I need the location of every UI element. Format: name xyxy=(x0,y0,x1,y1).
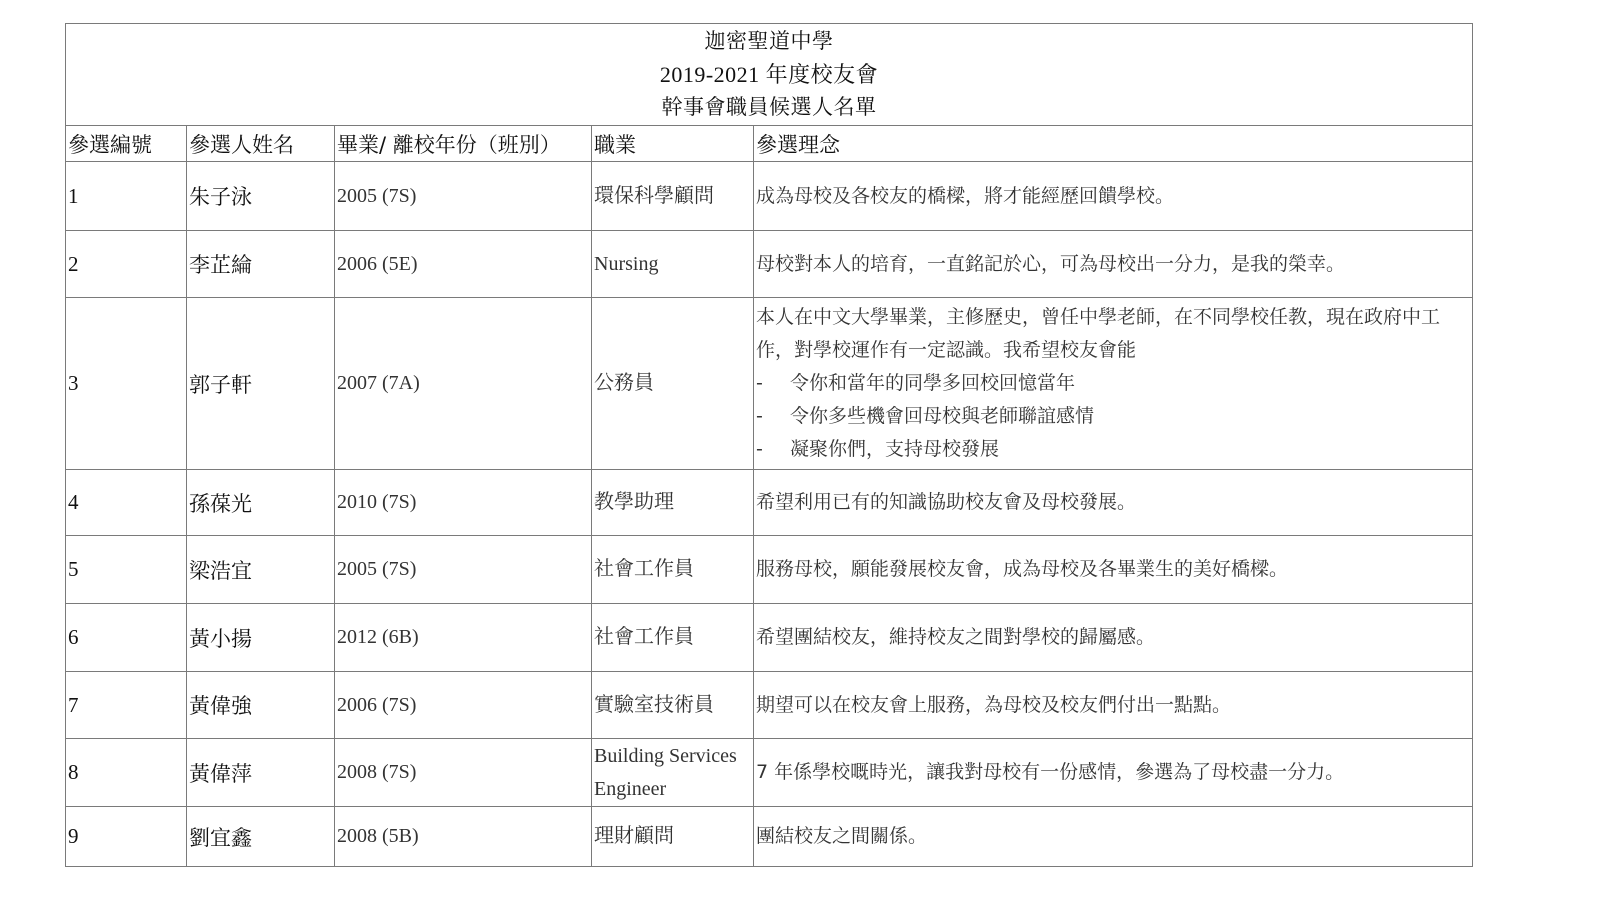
candidate-name: 黃小揚 xyxy=(187,604,335,672)
candidate-occupation: 實驗室技術員 xyxy=(592,672,754,739)
document-title: 迦密聖道中學 2019-2021 年度校友會 幹事會職員候選人名單 xyxy=(66,24,1473,126)
candidate-name: 李芷綸 xyxy=(187,231,335,298)
candidate-number: 9 xyxy=(66,807,187,867)
candidate-occupation: 社會工作員 xyxy=(592,536,754,604)
candidate-vision: 團結校友之間關係。 xyxy=(754,807,1473,867)
candidate-vision: 母校對本人的培育，一直銘記於心，可為母校出一分力，是我的榮幸。 xyxy=(754,231,1473,298)
candidate-vision: 希望利用已有的知識協助校友會及母校發展。 xyxy=(754,470,1473,536)
candidate-vision: 服務母校，願能發展校友會，成為母校及各畢業生的美好橋樑。 xyxy=(754,536,1473,604)
candidate-vision: 本人在中文大學畢業，主修歷史，曾任中學老師，在不同學校任教，現在政府中工作，對學… xyxy=(754,298,1473,470)
candidate-year-class: 2006 (7S) xyxy=(335,672,592,739)
list-subtitle: 幹事會職員候選人名單 xyxy=(68,91,1470,124)
candidate-year-class: 2007 (7A) xyxy=(335,298,592,470)
bullet-text: 凝聚你們，支持母校發展 xyxy=(790,438,999,460)
candidate-name: 劉宜鑫 xyxy=(187,807,335,867)
bullet-marker: - xyxy=(756,400,790,433)
school-name: 迦密聖道中學 xyxy=(68,25,1470,58)
table-row: 2 李芷綸 2006 (5E) Nursing 母校對本人的培育，一直銘記於心，… xyxy=(66,231,1473,298)
candidate-number: 1 xyxy=(66,162,187,231)
column-header-vision: 參選理念 xyxy=(754,126,1473,162)
candidate-number: 2 xyxy=(66,231,187,298)
candidate-year-class: 2005 (7S) xyxy=(335,162,592,231)
candidate-number: 7 xyxy=(66,672,187,739)
candidate-number: 6 xyxy=(66,604,187,672)
table-row: 5 梁浩宜 2005 (7S) 社會工作員 服務母校，願能發展校友會，成為母校及… xyxy=(66,536,1473,604)
column-header-number: 參選編號 xyxy=(66,126,187,162)
bullet-marker: - xyxy=(756,367,790,400)
vision-bullet: -令你和當年的同學多回校回憶當年 xyxy=(756,367,1470,400)
table-row: 4 孫葆光 2010 (7S) 教學助理 希望利用已有的知識協助校友會及母校發展… xyxy=(66,470,1473,536)
vision-bullet: -令你多些機會回母校與老師聯誼感情 xyxy=(756,400,1470,433)
column-header-year-class: 畢業/ 離校年份（班別） xyxy=(335,126,592,162)
table-row: 8 黃偉萍 2008 (7S) Building Services Engine… xyxy=(66,739,1473,807)
candidate-occupation: Building Services Engineer xyxy=(592,739,754,807)
candidate-number: 8 xyxy=(66,739,187,807)
candidate-vision: 期望可以在校友會上服務，為母校及校友們付出一點點。 xyxy=(754,672,1473,739)
candidate-year-class: 2010 (7S) xyxy=(335,470,592,536)
candidate-table: 迦密聖道中學 2019-2021 年度校友會 幹事會職員候選人名單 參選編號 參… xyxy=(65,23,1473,867)
candidate-occupation: 社會工作員 xyxy=(592,604,754,672)
candidate-name: 黃偉強 xyxy=(187,672,335,739)
bullet-text: 令你和當年的同學多回校回憶當年 xyxy=(790,372,1075,394)
candidate-vision: 7 年係學校嘅時光，讓我對母校有一份感情，參選為了母校盡一分力。 xyxy=(754,739,1473,807)
candidate-occupation: 教學助理 xyxy=(592,470,754,536)
column-header-name: 參選人姓名 xyxy=(187,126,335,162)
candidate-year-class: 2012 (6B) xyxy=(335,604,592,672)
column-header-occupation: 職業 xyxy=(592,126,754,162)
candidate-name: 梁浩宜 xyxy=(187,536,335,604)
table-row: 6 黃小揚 2012 (6B) 社會工作員 希望團結校友，維持校友之間對學校的歸… xyxy=(66,604,1473,672)
candidate-occupation: 環保科學顧問 xyxy=(592,162,754,231)
candidate-vision: 成為母校及各校友的橋樑，將才能經歷回饋學校。 xyxy=(754,162,1473,231)
vision-bullet: -凝聚你們，支持母校發展 xyxy=(756,433,1470,466)
table-row: 1 朱子泳 2005 (7S) 環保科學顧問 成為母校及各校友的橋樑，將才能經歷… xyxy=(66,162,1473,231)
column-header-row: 參選編號 參選人姓名 畢業/ 離校年份（班別） 職業 參選理念 xyxy=(66,126,1473,162)
term-title: 2019-2021 年度校友會 xyxy=(68,58,1470,91)
title-row: 迦密聖道中學 2019-2021 年度校友會 幹事會職員候選人名單 xyxy=(66,24,1473,126)
candidate-name: 黃偉萍 xyxy=(187,739,335,807)
candidate-vision: 希望團結校友，維持校友之間對學校的歸屬感。 xyxy=(754,604,1473,672)
table-row: 7 黃偉強 2006 (7S) 實驗室技術員 期望可以在校友會上服務，為母校及校… xyxy=(66,672,1473,739)
candidate-occupation: 公務員 xyxy=(592,298,754,470)
candidate-number: 4 xyxy=(66,470,187,536)
candidate-year-class: 2008 (7S) xyxy=(335,739,592,807)
candidate-year-class: 2006 (5E) xyxy=(335,231,592,298)
vision-paragraph: 本人在中文大學畢業，主修歷史，曾任中學老師，在不同學校任教，現在政府中工作，對學… xyxy=(756,306,1440,361)
candidate-occupation: Nursing xyxy=(592,231,754,298)
candidate-name: 朱子泳 xyxy=(187,162,335,231)
candidate-occupation: 理財顧問 xyxy=(592,807,754,867)
candidate-number: 5 xyxy=(66,536,187,604)
bullet-marker: - xyxy=(756,433,790,466)
candidate-name: 孫葆光 xyxy=(187,470,335,536)
candidate-year-class: 2008 (5B) xyxy=(335,807,592,867)
candidate-number: 3 xyxy=(66,298,187,470)
table-row: 9 劉宜鑫 2008 (5B) 理財顧問 團結校友之間關係。 xyxy=(66,807,1473,867)
bullet-text: 令你多些機會回母校與老師聯誼感情 xyxy=(790,405,1094,427)
candidate-year-class: 2005 (7S) xyxy=(335,536,592,604)
candidate-name: 郭子軒 xyxy=(187,298,335,470)
table-row: 3 郭子軒 2007 (7A) 公務員 本人在中文大學畢業，主修歷史，曾任中學老… xyxy=(66,298,1473,470)
